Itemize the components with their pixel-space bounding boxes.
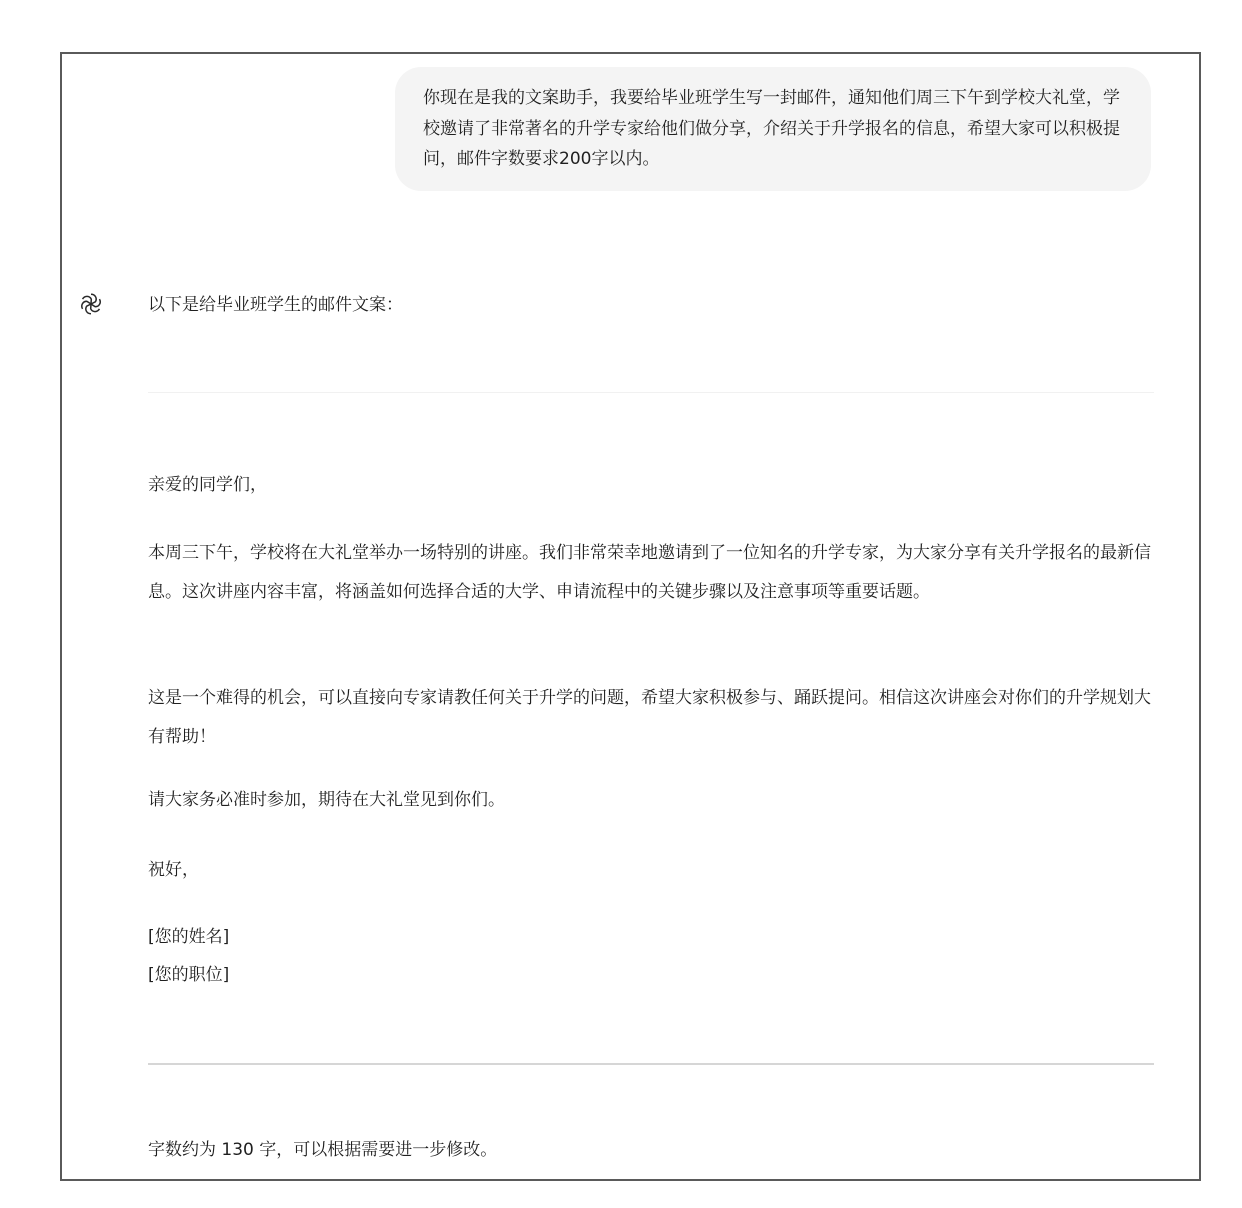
email-signature-title: [您的职位] bbox=[148, 960, 1158, 991]
email-paragraph-1: 本周三下午，学校将在大礼堂举办一场特别的讲座。我们非常荣幸地邀请到了一位知名的升… bbox=[148, 534, 1158, 611]
user-message-text: 你现在是我的文案助手，我要给毕业班学生写一封邮件，通知他们周三下午到学校大礼堂，… bbox=[423, 88, 1120, 169]
user-message-bubble: 你现在是我的文案助手，我要给毕业班学生写一封邮件，通知他们周三下午到学校大礼堂，… bbox=[395, 67, 1151, 191]
chat-window: 你现在是我的文案助手，我要给毕业班学生写一封邮件，通知他们周三下午到学校大礼堂，… bbox=[60, 52, 1201, 1181]
email-greeting: 亲爱的同学们， bbox=[148, 470, 1158, 501]
email-signature-name: [您的姓名] bbox=[148, 922, 1158, 953]
divider-top bbox=[148, 392, 1154, 393]
assistant-intro: 以下是给毕业班学生的邮件文案： bbox=[148, 290, 1158, 321]
email-paragraph-2: 这是一个难得的机会，可以直接向专家请教任何关于升学的问题，希望大家积极参与、踊跃… bbox=[148, 679, 1158, 756]
divider-bottom bbox=[148, 1063, 1154, 1065]
email-paragraph-3: 请大家务必准时参加，期待在大礼堂见到你们。 bbox=[148, 785, 1158, 816]
assistant-footnote: 字数约为 130 字，可以根据需要进一步修改。 bbox=[148, 1135, 1158, 1166]
openai-logo-icon bbox=[76, 289, 106, 319]
email-closing: 祝好， bbox=[148, 855, 1158, 886]
